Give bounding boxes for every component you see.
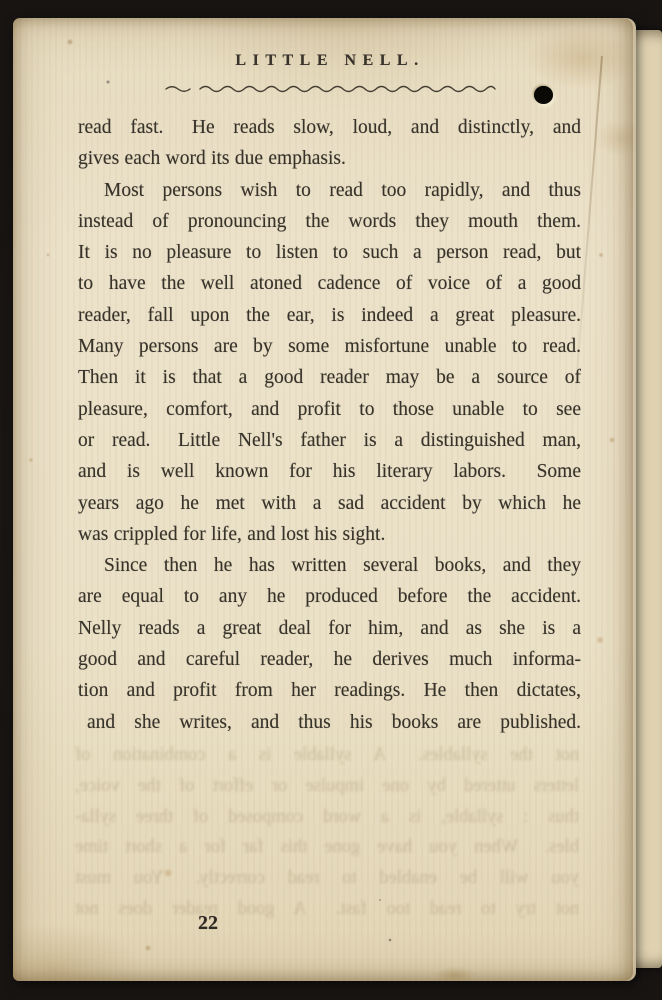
bleedthrough-line: you will be enabled to read correctly. Y… — [75, 863, 579, 894]
book-page: LITTLE NELL. read fast. He reads slow, l… — [13, 18, 636, 981]
body-text-line: was crippled for life, and lost his sigh… — [78, 519, 581, 550]
body-text-line: and is well known for his literary labor… — [78, 456, 581, 487]
wavy-rule-main — [199, 83, 496, 95]
bleedthrough-line: letters uttered by one impulse or effort… — [75, 771, 579, 802]
body-text-line: gives each word its due emphasis. — [78, 143, 581, 174]
body-text-line: are equal to any he produced before the … — [78, 581, 581, 612]
bleedthrough-line: not the syllables. A syllable is a combi… — [75, 740, 579, 771]
body-text-line: reader, fall upon the ear, is indeed a g… — [78, 300, 581, 331]
punch-hole — [534, 86, 553, 104]
body-text-line: read fast. He reads slow, loud, and dist… — [78, 112, 581, 143]
body-text-line: good and careful reader, he derives much… — [78, 644, 581, 675]
body-text-line: or read. Little Nell's father is a disti… — [78, 425, 581, 456]
wavy-rule — [79, 82, 581, 96]
body-text-line: Nelly reads a great deal for him, and as… — [78, 613, 581, 644]
bleedthrough-line: bles. When you have gone this far for a … — [75, 832, 579, 863]
bleedthrough-text: not the syllables. A syllable is a combi… — [75, 740, 579, 925]
bleedthrough-line: thus : syllable, is a word composed of t… — [75, 802, 579, 833]
bleedthrough-line: not try to read too fast. A good reader … — [75, 894, 579, 925]
body-text-line: It is no pleasure to listen to such a pe… — [78, 237, 581, 268]
body-text-line: Since then he has written several books,… — [78, 550, 581, 581]
body-text-line: pleasure, comfort, and profit to those u… — [78, 394, 581, 425]
body-text-line: instead of pronouncing the words they mo… — [78, 206, 581, 237]
running-head-title: LITTLE NELL. — [79, 52, 581, 70]
body-text-line: years ago he met with a sad accident by … — [78, 488, 581, 519]
body-text-line: to have the well atoned cadence of voice… — [78, 268, 581, 299]
body-text: read fast. He reads slow, loud, and dist… — [78, 112, 581, 738]
wavy-rule-tilde-left — [165, 83, 191, 95]
page-number: 22 — [180, 912, 236, 935]
body-text-line: Most persons wish to read too rapidly, a… — [78, 175, 581, 206]
body-text-line: Then it is that a good reader may be a s… — [78, 362, 581, 393]
body-text-line: Many persons are by some misfortune unab… — [78, 331, 581, 362]
body-text-line: tion and profit from her readings. He th… — [78, 675, 581, 706]
body-text-line: and she writes, and thus his books are p… — [78, 707, 581, 738]
